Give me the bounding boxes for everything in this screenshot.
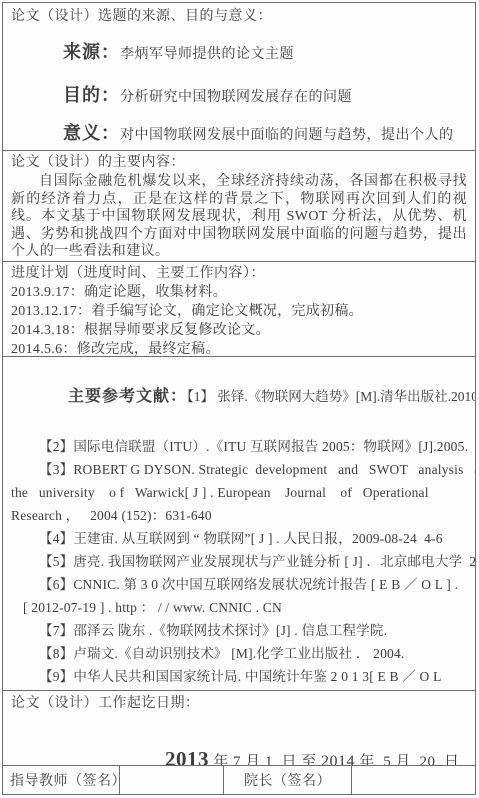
- advisor-signature-blank-cell: [119, 766, 223, 794]
- reference-line: the university o f Warwick[ J ] . Europe…: [11, 482, 467, 503]
- date-range-line: 2013 年 7 月 1 日 至 2014 年 5 月 20 日: [3, 730, 475, 766]
- dean-signature-blank-cell: [351, 766, 475, 794]
- topic-source-row: 来源：李炳军导师提供的论文主题: [3, 38, 475, 64]
- purpose-value: 分析研究中国物联网发展存在的问题: [120, 90, 352, 105]
- dean-signature-label-cell: 院长（签名）: [223, 766, 351, 794]
- reference-line: Research ， 2004 (152)：631-640: [11, 505, 467, 526]
- topic-section-title: 论文（设计）选题的来源、目的与意义：: [3, 3, 475, 27]
- reference-line: 【6】CNNIC. 第 3 0 次中国互联网络发展状况统计报告 [ E B ／ …: [11, 574, 467, 595]
- reference-line: 【2】国际电信联盟（ITU）.《ITU 互联网报告 2005：物联网》[J].2…: [11, 436, 467, 457]
- topic-significance-row: 意义：对中国物联网发展中面临的问题与趋势，提出个人的一些看法和建议: [11, 121, 467, 151]
- reference-line: 【7】邵泽云 陇东 .《物联网技术探讨》[J] . 信息工程学院.: [11, 620, 467, 641]
- reference-item-1: 【1】 张铎.《物联网大趋势》[M].清华出版社.2010.: [187, 389, 475, 404]
- date-tail-text: 年 5 月 20 日: [355, 754, 460, 766]
- thesis-proposal-form: 论文（设计）选题的来源、目的与意义： 来源：李炳军导师提供的论文主题 目的：分析…: [0, 0, 479, 798]
- reference-line: 【9】中华人民共和国国家统计局. 中国统计年鉴 2 0 1 3[ E B ／ O…: [11, 666, 467, 687]
- purpose-label: 目的：: [63, 85, 120, 105]
- references-heading-label: 主要参考文献：: [68, 388, 187, 405]
- reference-line: 【3】ROBERT G DYSON. Strategic development…: [11, 459, 467, 480]
- start-year: 2013: [165, 747, 209, 766]
- content-body-paragraph: 自国际金融危机爆发以来，全球经济持续动荡，各国都在积极寻找新的经济着力点，正是在…: [11, 173, 467, 261]
- date-middle-text: 年 7 月 1 日 至: [209, 754, 321, 766]
- form-table: 论文（设计）选题的来源、目的与意义： 来源：李炳军导师提供的论文主题 目的：分析…: [2, 2, 476, 795]
- reference-line: [ 2012-07-19 ] . http ： / / www. CNNIC .…: [11, 597, 467, 618]
- schedule-item: 2014.3.18：根据导师要求反复修改论文。: [11, 321, 467, 340]
- schedule-item: 2013.9.17：确定论题，收集材料。: [11, 283, 467, 302]
- dean-signature-label: 院长（签名）: [244, 770, 331, 790]
- schedule-item: 2014.5.6：修改完成，最终定稿。: [11, 340, 467, 357]
- advisor-signature-label-cell: 指导教师（签名）: [3, 766, 119, 794]
- section-main-content: 论文（设计）的主要内容： 自国际金融危机爆发以来，全球经济持续动荡，各国都在积极…: [3, 151, 475, 262]
- dates-section-title: 论文（设计）工作起讫日期：: [3, 691, 475, 714]
- schedule-item: 2013.12.17：着手编写论文，确定论文概况，完成初稿。: [11, 302, 467, 321]
- reference-line: 【5】唐亮. 我国物联网产业发展现状与产业链分析 [ J] ．北京邮电大学 20…: [11, 551, 467, 572]
- schedule-section-title: 进度计划（进度时间、主要工作内容）：: [11, 264, 467, 283]
- section-signatures: 指导教师（签名） 院长（签名）: [3, 766, 475, 794]
- section-work-dates: 论文（设计）工作起讫日期： 2013 年 7 月 1 日 至 2014 年 5 …: [3, 691, 475, 766]
- reference-line: 【4】王建宙. 从互联网到 “ 物联网”[ J ] . 人民日报，2009-08…: [11, 528, 467, 549]
- content-section-title: 论文（设计）的主要内容：: [3, 151, 475, 172]
- reference-line: 【8】卢瑞文.《自动识别技术》 [M].化学工业出版社 ． 2004.: [11, 643, 467, 664]
- end-year: 2014: [321, 753, 355, 766]
- source-label: 来源：: [63, 42, 120, 62]
- section-references: 主要参考文献：【1】 张铎.《物联网大趋势》[M].清华出版社.2010. 【2…: [3, 357, 475, 691]
- advisor-signature-label: 指导教师（签名）: [10, 770, 119, 790]
- significance-label: 意义：: [63, 123, 120, 143]
- references-heading-line: 主要参考文献：【1】 张铎.《物联网大趋势》[M].清华出版社.2010.: [11, 362, 467, 431]
- source-value: 李炳军导师提供的论文主题: [120, 47, 294, 62]
- topic-purpose-row: 目的：分析研究中国物联网发展存在的问题: [3, 81, 475, 107]
- section-schedule: 进度计划（进度时间、主要工作内容）： 2013.9.17：确定论题，收集材料。 …: [3, 262, 475, 357]
- section-topic-origin: 论文（设计）选题的来源、目的与意义： 来源：李炳军导师提供的论文主题 目的：分析…: [3, 3, 475, 151]
